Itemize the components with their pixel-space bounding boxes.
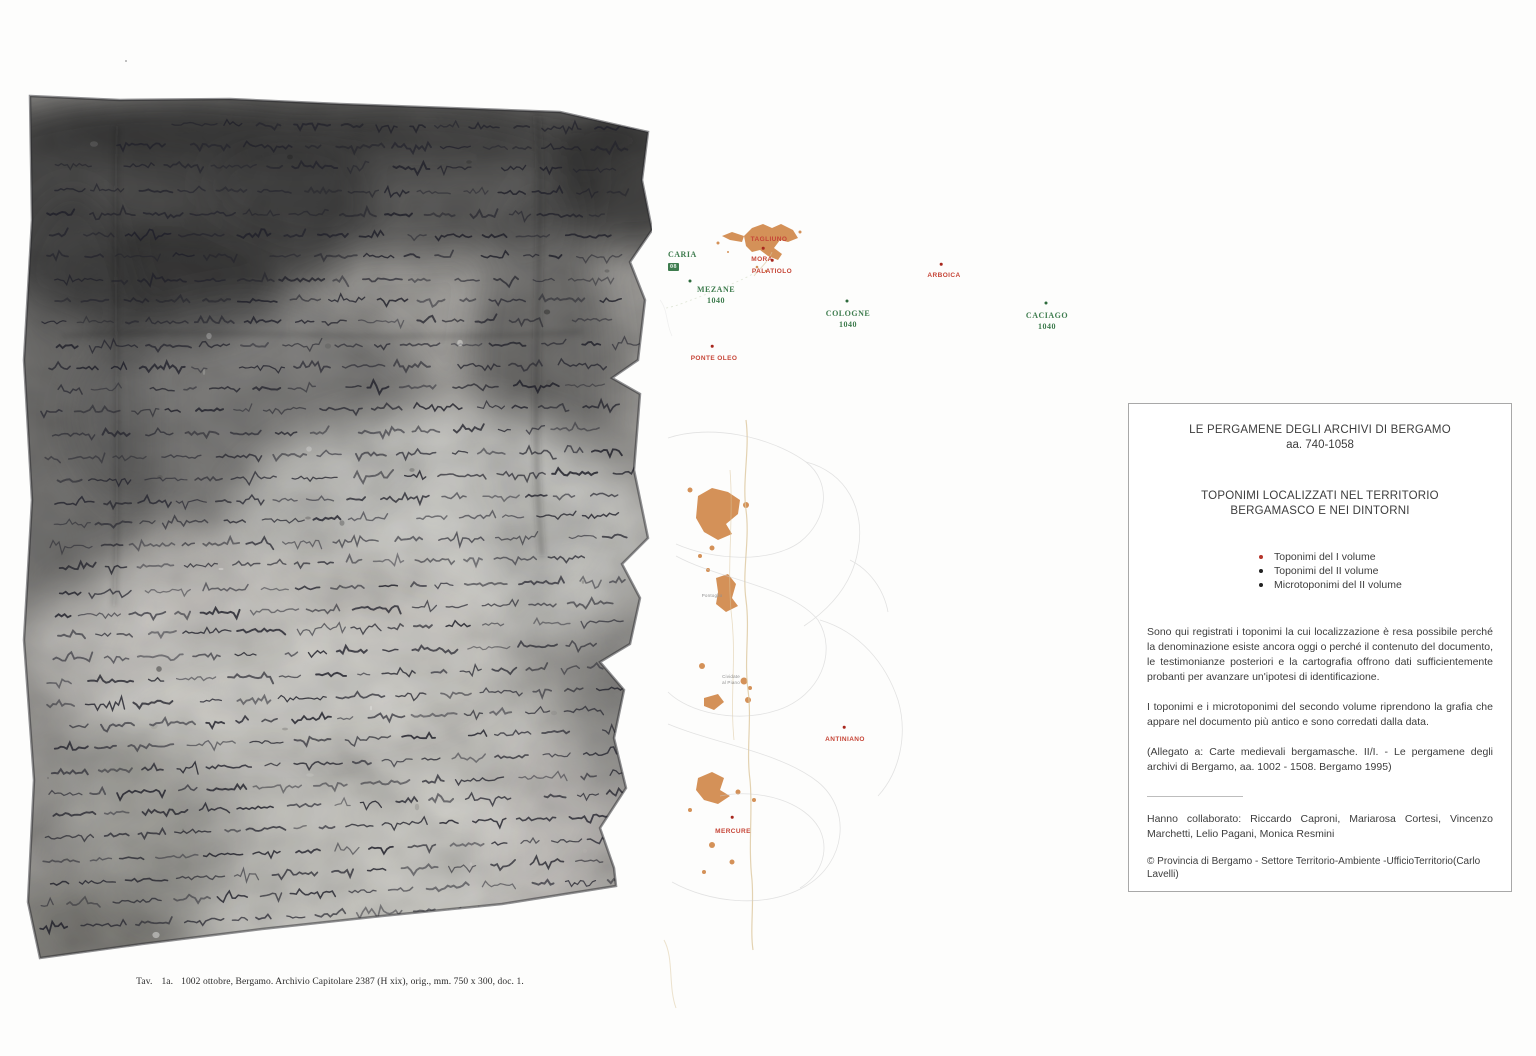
book-spread: Tav.1a.1002 ottobre, Bergamo. Archivio C… [0, 0, 1536, 1056]
boundary-lines [660, 272, 902, 901]
legend-subtitle: TOPONIMI LOCALIZZATI NEL TERRITORIO BERG… [1170, 489, 1470, 519]
legend-bullet-item: Toponimi del I volume [1259, 550, 1493, 564]
legend-paragraph: (Allegato a: Carte medievali bergamasche… [1147, 745, 1493, 775]
river-lines [664, 252, 772, 1008]
legend-paragraph: Sono qui registrati i toponimi la cui lo… [1147, 625, 1493, 685]
manuscript-photo [22, 86, 652, 966]
bullet-label: Microtoponimi del II volume [1274, 579, 1402, 591]
dust-speck [125, 60, 127, 62]
caption-number: 1a. [161, 977, 173, 987]
legend-panel: LE PERGAMENE DEGLI ARCHIVI DI BERGAMO aa… [1128, 403, 1512, 892]
plate-caption: Tav.1a.1002 ottobre, Bergamo. Archivio C… [0, 977, 660, 987]
bullet-label: Toponimi del II volume [1274, 565, 1378, 577]
legend-copyright: © Provincia di Bergamo - Settore Territo… [1147, 855, 1493, 881]
caption-label: Tav. [136, 977, 152, 987]
legend-paragraphs: Sono qui registrati i toponimi la cui lo… [1147, 625, 1493, 775]
legend-bullet-item: Microtoponimi del II volume [1259, 578, 1493, 592]
left-page: Tav.1a.1002 ottobre, Bergamo. Archivio C… [0, 0, 660, 1056]
legend-years: aa. 740-1058 [1147, 438, 1493, 453]
bullet-dot-icon [1259, 569, 1263, 573]
caption-text: 1002 ottobre, Bergamo. Archivio Capitola… [181, 977, 524, 987]
legend-bullet-item: Toponimi del II volume [1259, 564, 1493, 578]
bullet-label: Toponimi del I volume [1274, 551, 1376, 563]
right-page: CARIA08MEZANE1040COLOGNE1040CACIAGO1040T… [660, 0, 1536, 1056]
urban-area-blobs [688, 224, 802, 874]
legend-title: LE PERGAMENE DEGLI ARCHIVI DI BERGAMO [1147, 423, 1493, 438]
legend-paragraph: I toponimi e i microtoponimi del secondo… [1147, 700, 1493, 730]
legend-divider [1147, 796, 1243, 797]
manuscript-image [22, 86, 652, 966]
bullet-dot-icon [1259, 583, 1263, 587]
legend-credits: Hanno collaborato: Riccardo Caproni, Mar… [1147, 812, 1493, 842]
legend-bullet-list: Toponimi del I volumeToponimi del II vol… [1259, 550, 1493, 592]
bullet-dot-icon [1259, 555, 1263, 559]
